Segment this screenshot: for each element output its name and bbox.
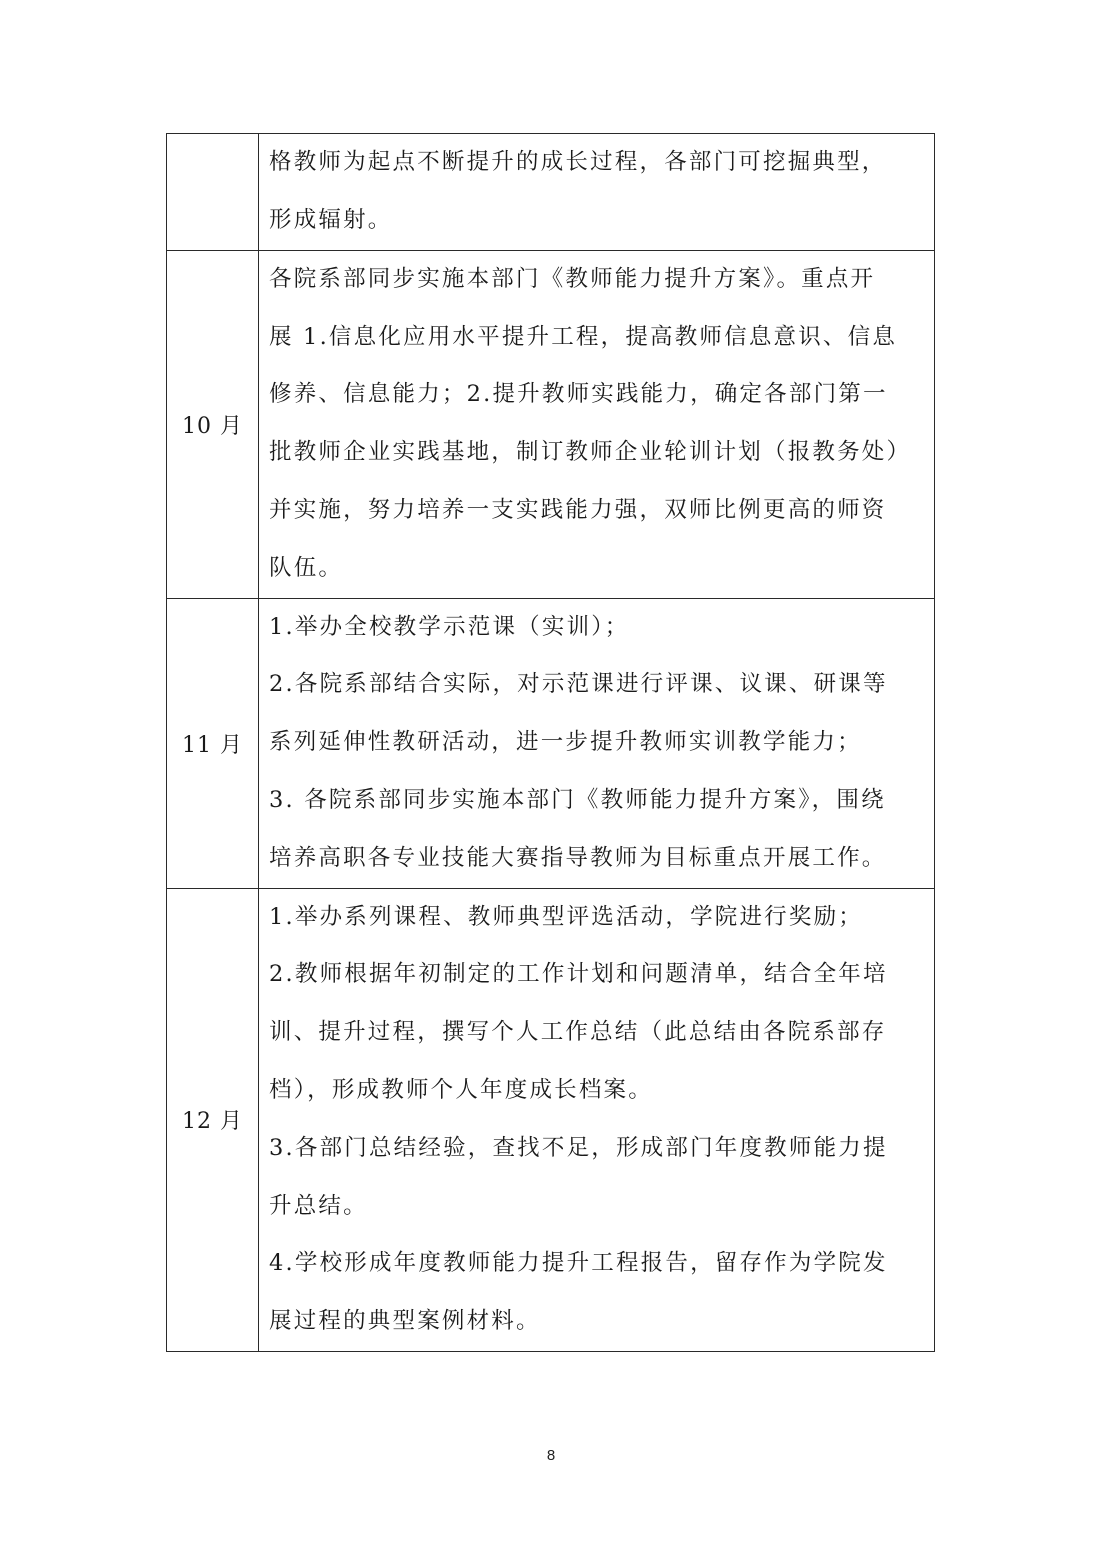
content-line: 并实施，努力培养一支实践能力强，双师比例更高的师资 (269, 482, 926, 540)
content-line: 3. 各院系部同步实施本部门《教师能力提升方案》，围绕 (269, 772, 926, 830)
table-row-december: 12 月 1.举办系列课程、教师典型评选活动，学院进行奖励； 2.教师根据年初制… (167, 888, 935, 1351)
content-line: 1.举办系列课程、教师典型评选活动，学院进行奖励； (269, 889, 926, 947)
content-cell: 1.举办全校教学示范课（实训）； 2.各院系部结合实际，对示范课进行评课、议课、… (259, 598, 935, 888)
content-line: 格教师为起点不断提升的成长过程，各部门可挖掘典型， (269, 134, 926, 192)
content-line: 训、提升过程，撰写个人工作总结（此总结由各院系部存 (269, 1004, 926, 1062)
content-line: 队伍。 (269, 540, 926, 598)
month-cell: 10 月 (167, 250, 259, 598)
table-row-continued: 格教师为起点不断提升的成长过程，各部门可挖掘典型， 形成辐射。 (167, 134, 935, 251)
content-cell: 各院系部同步实施本部门《教师能力提升方案》。重点开 展 1.信息化应用水平提升工… (259, 250, 935, 598)
content-line: 3.各部门总结经验，查找不足，形成部门年度教师能力提 (269, 1120, 926, 1178)
table-row-november: 11 月 1.举办全校教学示范课（实训）； 2.各院系部结合实际，对示范课进行评… (167, 598, 935, 888)
content-line: 4.学校形成年度教师能力提升工程报告，留存作为学院发 (269, 1235, 926, 1293)
page-number: 8 (0, 1447, 1102, 1464)
content-line: 各院系部同步实施本部门《教师能力提升方案》。重点开 (269, 251, 926, 309)
content-line: 批教师企业实践基地，制订教师企业轮训计划（报教务处） (269, 424, 926, 482)
content-line: 形成辐射。 (269, 192, 926, 250)
content-line: 培养高职各专业技能大赛指导教师为目标重点开展工作。 (269, 830, 926, 888)
content-line: 系列延伸性教研活动，进一步提升教师实训教学能力； (269, 714, 926, 772)
schedule-table: 格教师为起点不断提升的成长过程，各部门可挖掘典型， 形成辐射。 10 月 各院系… (166, 133, 935, 1352)
content-line: 2.教师根据年初制定的工作计划和问题清单，结合全年培 (269, 946, 926, 1004)
content-line: 升总结。 (269, 1178, 926, 1236)
content-line: 展过程的典型案例材料。 (269, 1293, 926, 1351)
content-line: 修养、信息能力；2.提升教师实践能力，确定各部门第一 (269, 366, 926, 424)
content-cell: 格教师为起点不断提升的成长过程，各部门可挖掘典型， 形成辐射。 (259, 134, 935, 251)
table-row-october: 10 月 各院系部同步实施本部门《教师能力提升方案》。重点开 展 1.信息化应用… (167, 250, 935, 598)
content-line: 1.举办全校教学示范课（实训）； (269, 599, 926, 657)
month-cell: 12 月 (167, 888, 259, 1351)
content-line: 2.各院系部结合实际，对示范课进行评课、议课、研课等 (269, 656, 926, 714)
content-line: 档），形成教师个人年度成长档案。 (269, 1062, 926, 1120)
content-cell: 1.举办系列课程、教师典型评选活动，学院进行奖励； 2.教师根据年初制定的工作计… (259, 888, 935, 1351)
month-cell (167, 134, 259, 251)
content-line: 展 1.信息化应用水平提升工程，提高教师信息意识、信息 (269, 309, 926, 367)
month-cell: 11 月 (167, 598, 259, 888)
